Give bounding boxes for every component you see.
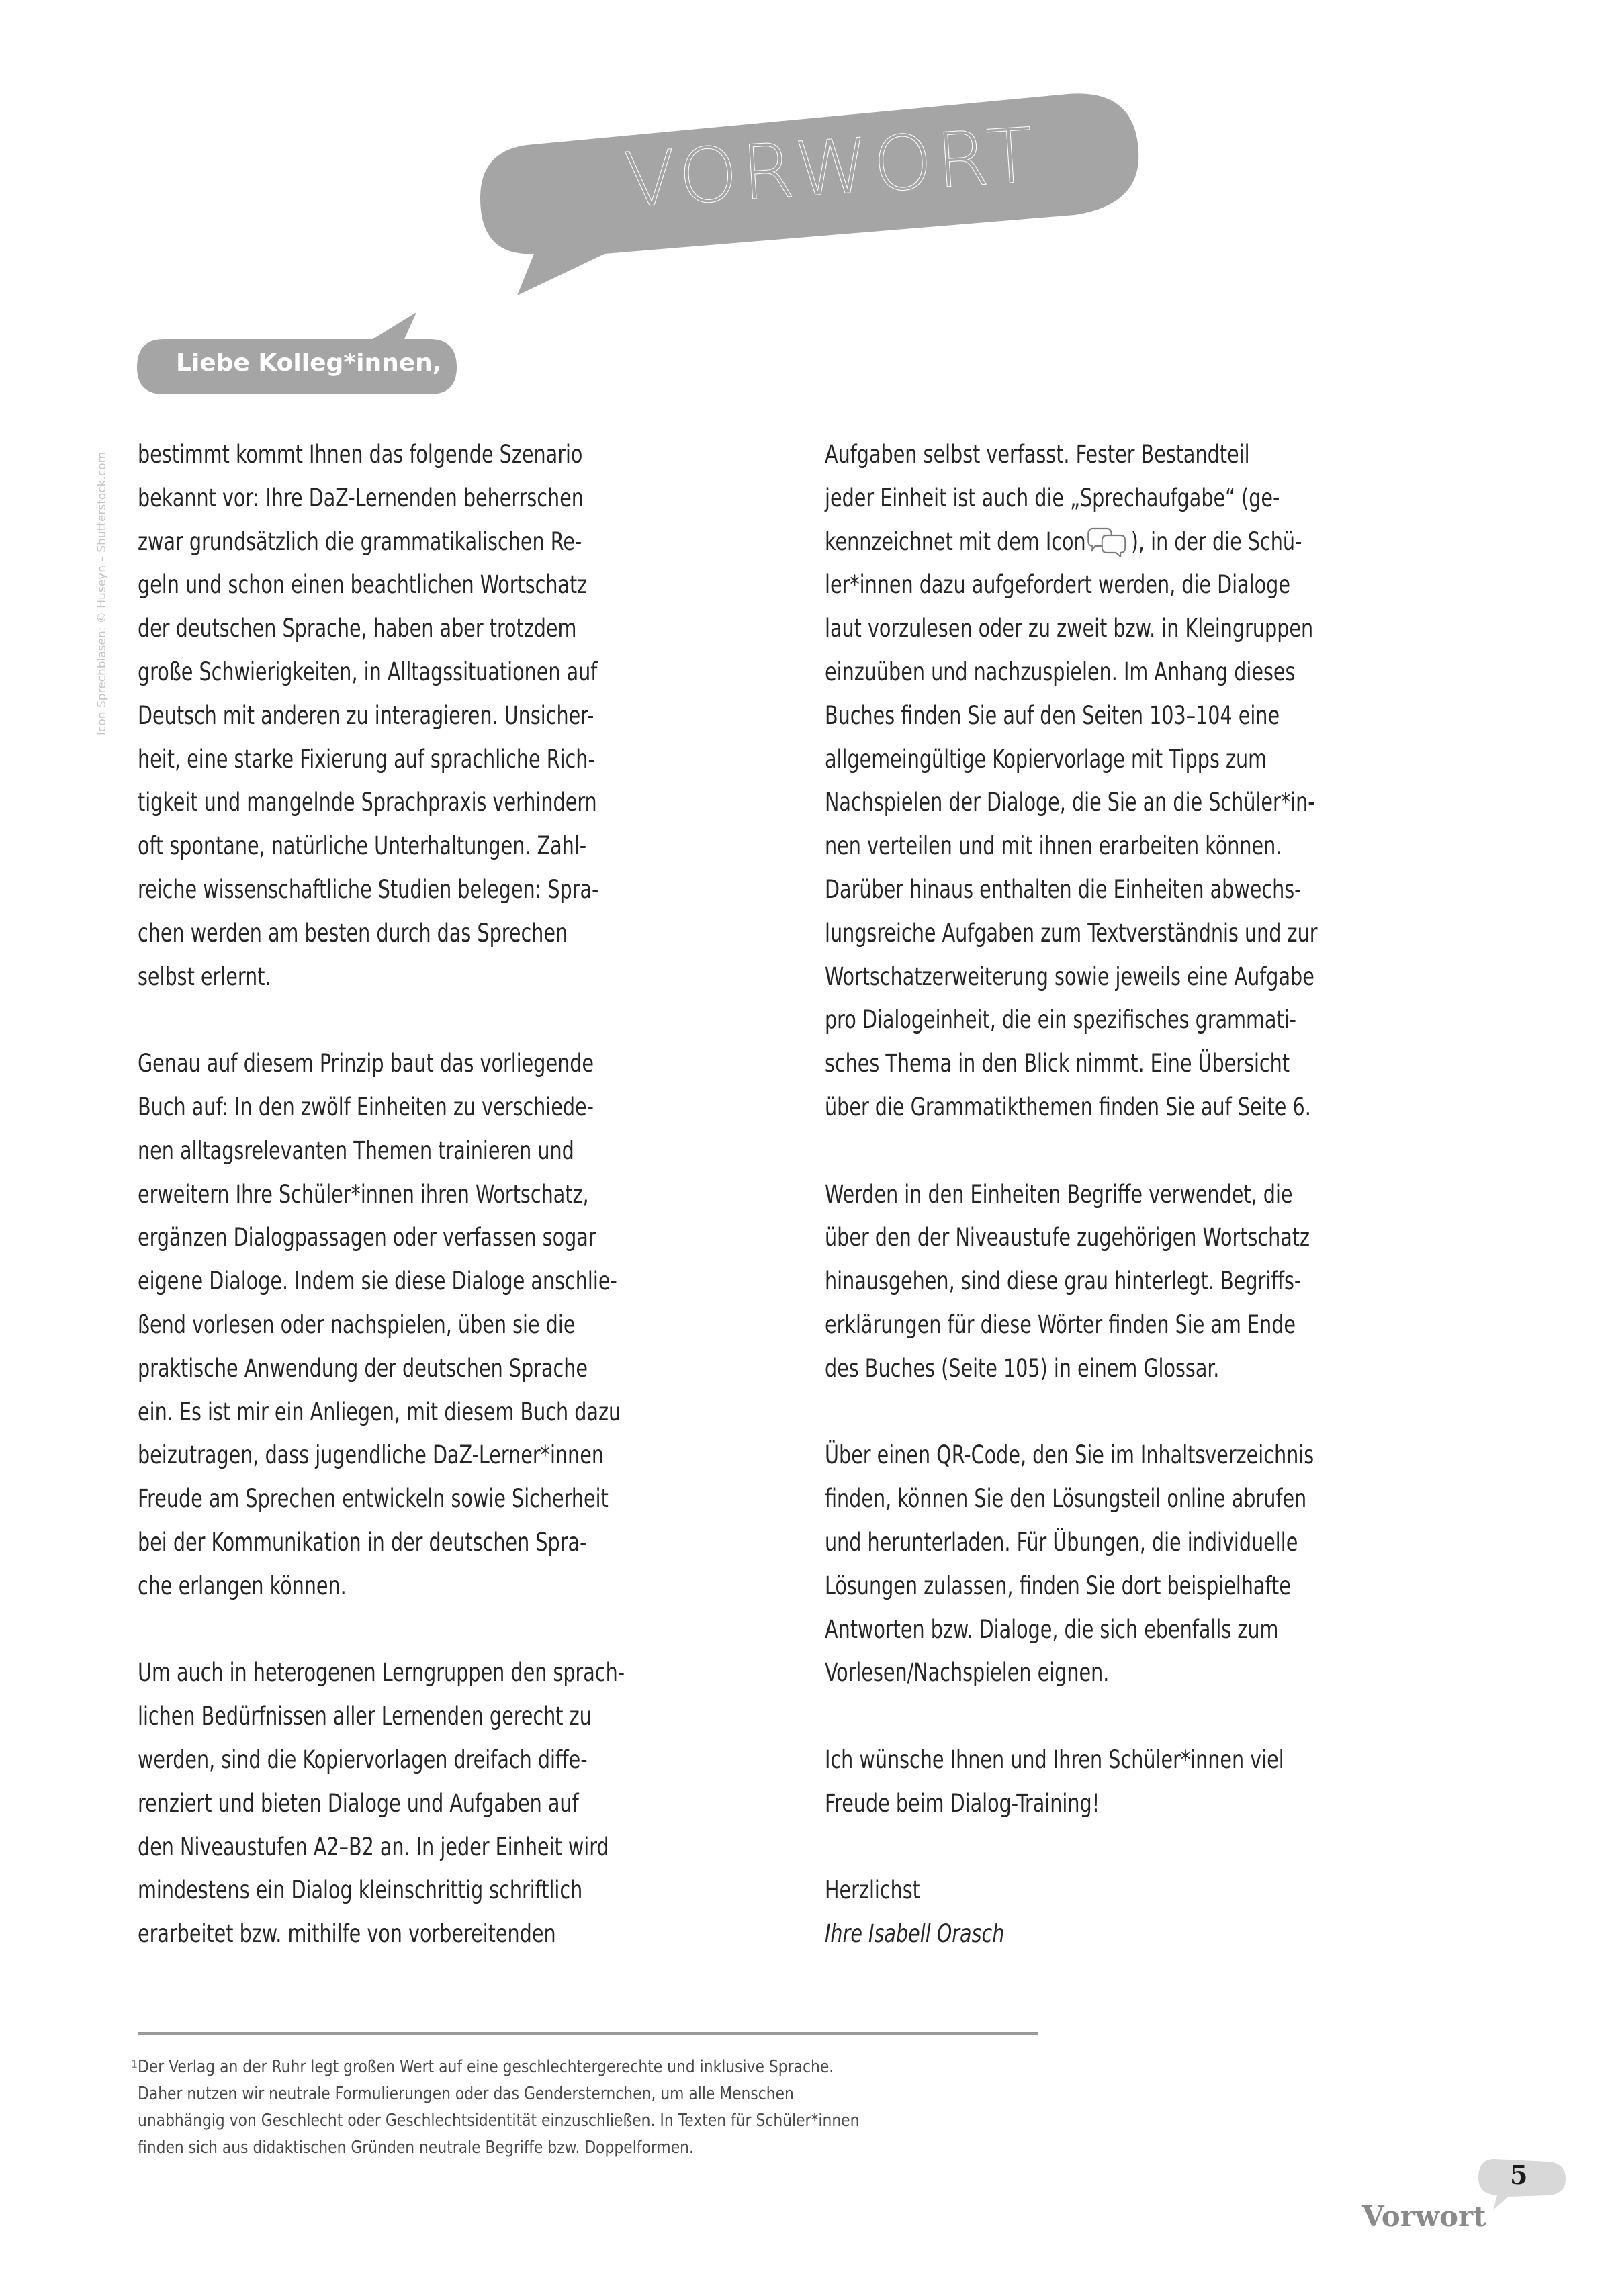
text-line: renziert und bieten Dialoge und Aufgaben… [138, 1782, 709, 1826]
text-line: hinausgehen, sind diese grau hinterlegt.… [825, 1260, 1402, 1303]
text-line: des Buches (Seite 105) in einem Glossar. [825, 1347, 1402, 1391]
text-line: Genau auf diesem Prinzip baut das vorlie… [138, 1042, 709, 1086]
left-column: bestimmt kommt Ihnen das folgende Szenar… [138, 433, 803, 1956]
text-line: lichen Bedürfnissen aller Lernenden gere… [138, 1695, 709, 1739]
paragraph-3: Um auch in heterogenen Lerngruppen den s… [138, 1651, 803, 1956]
text-line: geln und schon einen beachtlichen Wortsc… [138, 563, 709, 607]
text-line: Lösungen zulassen, finden Sie dort beisp… [825, 1565, 1402, 1608]
text-line: lungsreiche Aufgaben zum Textverständnis… [825, 912, 1402, 956]
text-segment: ), in der die Schü- [1131, 527, 1302, 556]
text-line: den Niveaustufen A2–B2 an. In jeder Einh… [138, 1826, 709, 1870]
text-line: werden, sind die Kopiervorlagen dreifach… [138, 1739, 709, 1782]
text-line: zwar grundsätzlich die grammatikalischen… [138, 520, 709, 564]
page-number: 5 [1510, 2160, 1527, 2190]
paragraph-5: Werden in den Einheiten Begriffe verwend… [825, 1173, 1496, 1391]
text-line: Um auch in heterogenen Lerngruppen den s… [138, 1651, 709, 1695]
footnote-divider [138, 2032, 1038, 2035]
text-line: bestimmt kommt Ihnen das folgende Szenar… [138, 433, 709, 477]
text-line: Antworten bzw. Dialoge, die sich ebenfal… [825, 1608, 1402, 1652]
right-column: Aufgaben selbst verfasst. Fester Bestand… [825, 433, 1496, 1956]
text-line: nen alltagsrelevanten Themen trainieren … [138, 1130, 709, 1173]
paragraph-7: Ich wünsche Ihnen und Ihren Schüler*inne… [825, 1739, 1496, 1826]
text-line: eigene Dialoge. Indem sie diese Dialoge … [138, 1260, 709, 1303]
text-line: allgemeingültige Kopiervorlage mit Tipps… [825, 738, 1402, 782]
text-line: nen verteilen und mit ihnen erarbeiten k… [825, 825, 1402, 868]
text-line: Deutsch mit anderen zu interagieren. Uns… [138, 694, 709, 738]
text-line: bei der Kommunikation in der deutschen S… [138, 1521, 709, 1565]
text-line: über die Grammatikthemen finden Sie auf … [825, 1086, 1402, 1130]
greeting: Liebe Kolleg*innen, [176, 349, 441, 377]
footnote-line: Daher nutzen wir neutrale Formulierungen… [138, 2080, 928, 2107]
footnote-line: finden sich aus didaktischen Gründen neu… [138, 2134, 928, 2161]
text-line: beizutragen, dass jugendliche DaZ-Lerner… [138, 1434, 709, 1477]
text-line-with-icon: kennzeichnet mit dem Icon ), in der die … [825, 520, 1402, 564]
text-line: chen werden am besten durch das Sprechen [138, 912, 709, 956]
text-line: einzuüben und nachzuspielen. Im Anhang d… [825, 651, 1402, 694]
text-line: Freude beim Dialog-Training! [825, 1782, 1402, 1826]
paragraph-2: Genau auf diesem Prinzip baut das vorlie… [138, 1042, 803, 1608]
text-line: praktische Anwendung der deutschen Sprac… [138, 1347, 709, 1391]
text-line: Nachspielen der Dialoge, die Sie an die … [825, 781, 1402, 825]
text-line: che erlangen können. [138, 1565, 709, 1608]
text-line: bekannt vor: Ihre DaZ-Lernenden beherrsc… [138, 477, 709, 520]
paragraph-1: bestimmt kommt Ihnen das folgende Szenar… [138, 433, 803, 999]
text-line: finden, können Sie den Lösungsteil onlin… [825, 1477, 1402, 1521]
text-line: Buch auf: In den zwölf Einheiten zu vers… [138, 1086, 709, 1130]
text-line: laut vorzulesen oder zu zweit bzw. in Kl… [825, 607, 1402, 651]
paragraph-4: Aufgaben selbst verfasst. Fester Bestand… [825, 433, 1496, 1130]
text-line: Darüber hinaus enthalten die Einheiten a… [825, 868, 1402, 912]
text-line: mindestens ein Dialog kleinschrittig sch… [138, 1869, 709, 1913]
paragraph-6: Über einen QR-Code, den Sie im Inhaltsve… [825, 1434, 1496, 1695]
text-line: ßend vorlesen oder nachspielen, üben sie… [138, 1303, 709, 1347]
text-line: sches Thema in den Blick nimmt. Eine Übe… [825, 1042, 1402, 1086]
text-line: tigkeit und mangelnde Sprachpraxis verhi… [138, 781, 709, 825]
text-line: jeder Einheit ist auch die „Sprechaufgab… [825, 477, 1402, 520]
image-credit: Icon Sprechblasen: © Huseyn – Shuttersto… [95, 452, 109, 735]
text-line: ein. Es ist mir ein Anliegen, mit diesem… [138, 1391, 709, 1434]
text-line: Ich wünsche Ihnen und Ihren Schüler*inne… [825, 1739, 1402, 1782]
text-segment: kennzeichnet mit dem Icon [825, 527, 1086, 556]
text-line: reiche wissenschaftliche Studien belegen… [138, 868, 709, 912]
running-head: Vorwort [1362, 2200, 1486, 2233]
footnote-marker: 1 [131, 2051, 138, 2078]
text-line: über den der Niveaustufe zugehörigen Wor… [825, 1216, 1402, 1260]
text-line: erweitern Ihre Schüler*innen ihren Worts… [138, 1173, 709, 1217]
footnote-line: unabhängig von Geschlecht oder Geschlech… [138, 2107, 928, 2134]
text-line: Aufgaben selbst verfasst. Fester Bestand… [825, 433, 1402, 477]
text-line: oft spontane, natürliche Unterhaltungen.… [138, 825, 709, 868]
text-line: pro Dialogeinheit, die ein spezifisches … [825, 999, 1402, 1042]
text-line: große Schwierigkeiten, in Alltagssituati… [138, 651, 709, 694]
text-line: ler*innen dazu aufgefordert werden, die … [825, 563, 1402, 607]
text-line: und herunterladen. Für Übungen, die indi… [825, 1521, 1402, 1565]
signature: Ihre Isabell Orasch [825, 1913, 1402, 1956]
closing: Herzlichst [825, 1869, 1402, 1913]
text-line: ergänzen Dialogpassagen oder verfassen s… [138, 1216, 709, 1260]
text-line: der deutschen Sprache, haben aber trotzd… [138, 607, 709, 651]
text-line: selbst erlernt. [138, 956, 709, 999]
text-line: Vorlesen/Nachspielen eignen. [825, 1651, 1402, 1695]
text-line: Über einen QR-Code, den Sie im Inhaltsve… [825, 1434, 1402, 1477]
footnote: 1 Der Verlag an der Ruhr legt großen Wer… [138, 2054, 1078, 2161]
text-line: erklärungen für diese Wörter finden Sie … [825, 1303, 1402, 1347]
text-line: Buches finden Sie auf den Seiten 103–104… [825, 694, 1402, 738]
text-line: Wortschatzerweiterung sowie jeweils eine… [825, 956, 1402, 999]
text-line: Freude am Sprechen entwickeln sowie Sich… [138, 1477, 709, 1521]
footnote-line: Der Verlag an der Ruhr legt großen Wert … [138, 2054, 928, 2080]
speech-bubbles-icon [1087, 526, 1130, 557]
text-line: heit, eine starke Fixierung auf sprachli… [138, 738, 709, 782]
text-line: erarbeitet bzw. mithilfe von vorbereiten… [138, 1913, 709, 1956]
text-line: Werden in den Einheiten Begriffe verwend… [825, 1173, 1402, 1217]
